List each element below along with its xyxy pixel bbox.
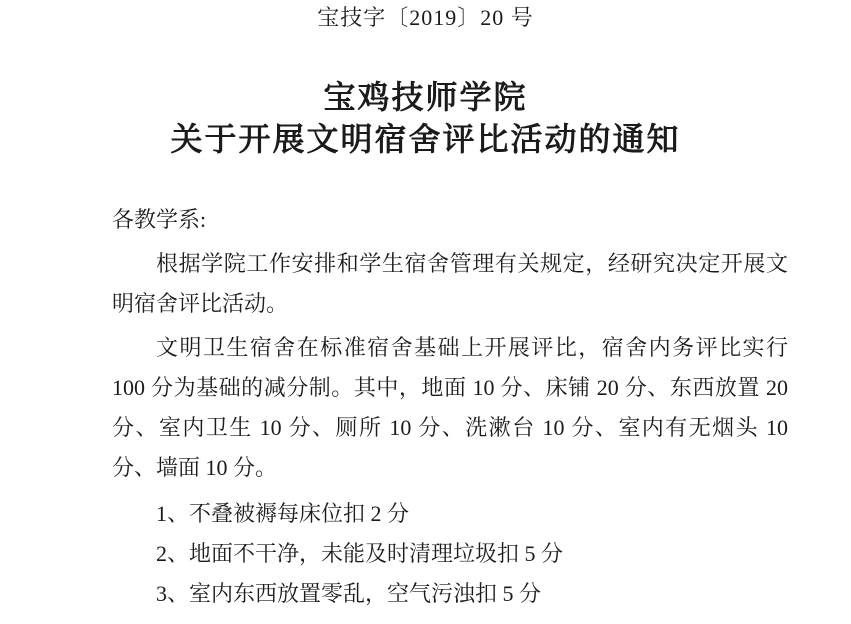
paragraph-1: 根据学院工作安排和学生宿舍管理有关规定，经研究决定开展文明宿舍评比活动。: [112, 244, 788, 324]
list-item-3: 3、室内东西放置零乱，空气污浊扣 5 分: [112, 574, 788, 614]
title-line-2: 关于开展文明宿舍评比活动的通知: [0, 118, 851, 160]
list-item-1: 1、不叠被褥每床位扣 2 分: [112, 494, 788, 534]
paragraph-2: 文明卫生宿舍在标准宿舍基础上开展评比，宿舍内务评比实行 100 分为基础的减分制…: [112, 328, 788, 488]
document-body: 各教学系: 根据学院工作安排和学生宿舍管理有关规定，经研究决定开展文明宿舍评比活…: [112, 200, 788, 614]
salutation: 各教学系:: [112, 200, 788, 240]
title-line-1: 宝鸡技师学院: [0, 76, 851, 118]
doc-number: 宝技字〔2019〕20 号: [0, 5, 851, 31]
list-item-2: 2、地面不干净，未能及时清理垃圾扣 5 分: [112, 534, 788, 574]
document-page: 宝技字〔2019〕20 号 宝鸡技师学院 关于开展文明宿舍评比活动的通知 各教学…: [0, 0, 851, 624]
document-title: 宝鸡技师学院 关于开展文明宿舍评比活动的通知: [0, 76, 851, 160]
